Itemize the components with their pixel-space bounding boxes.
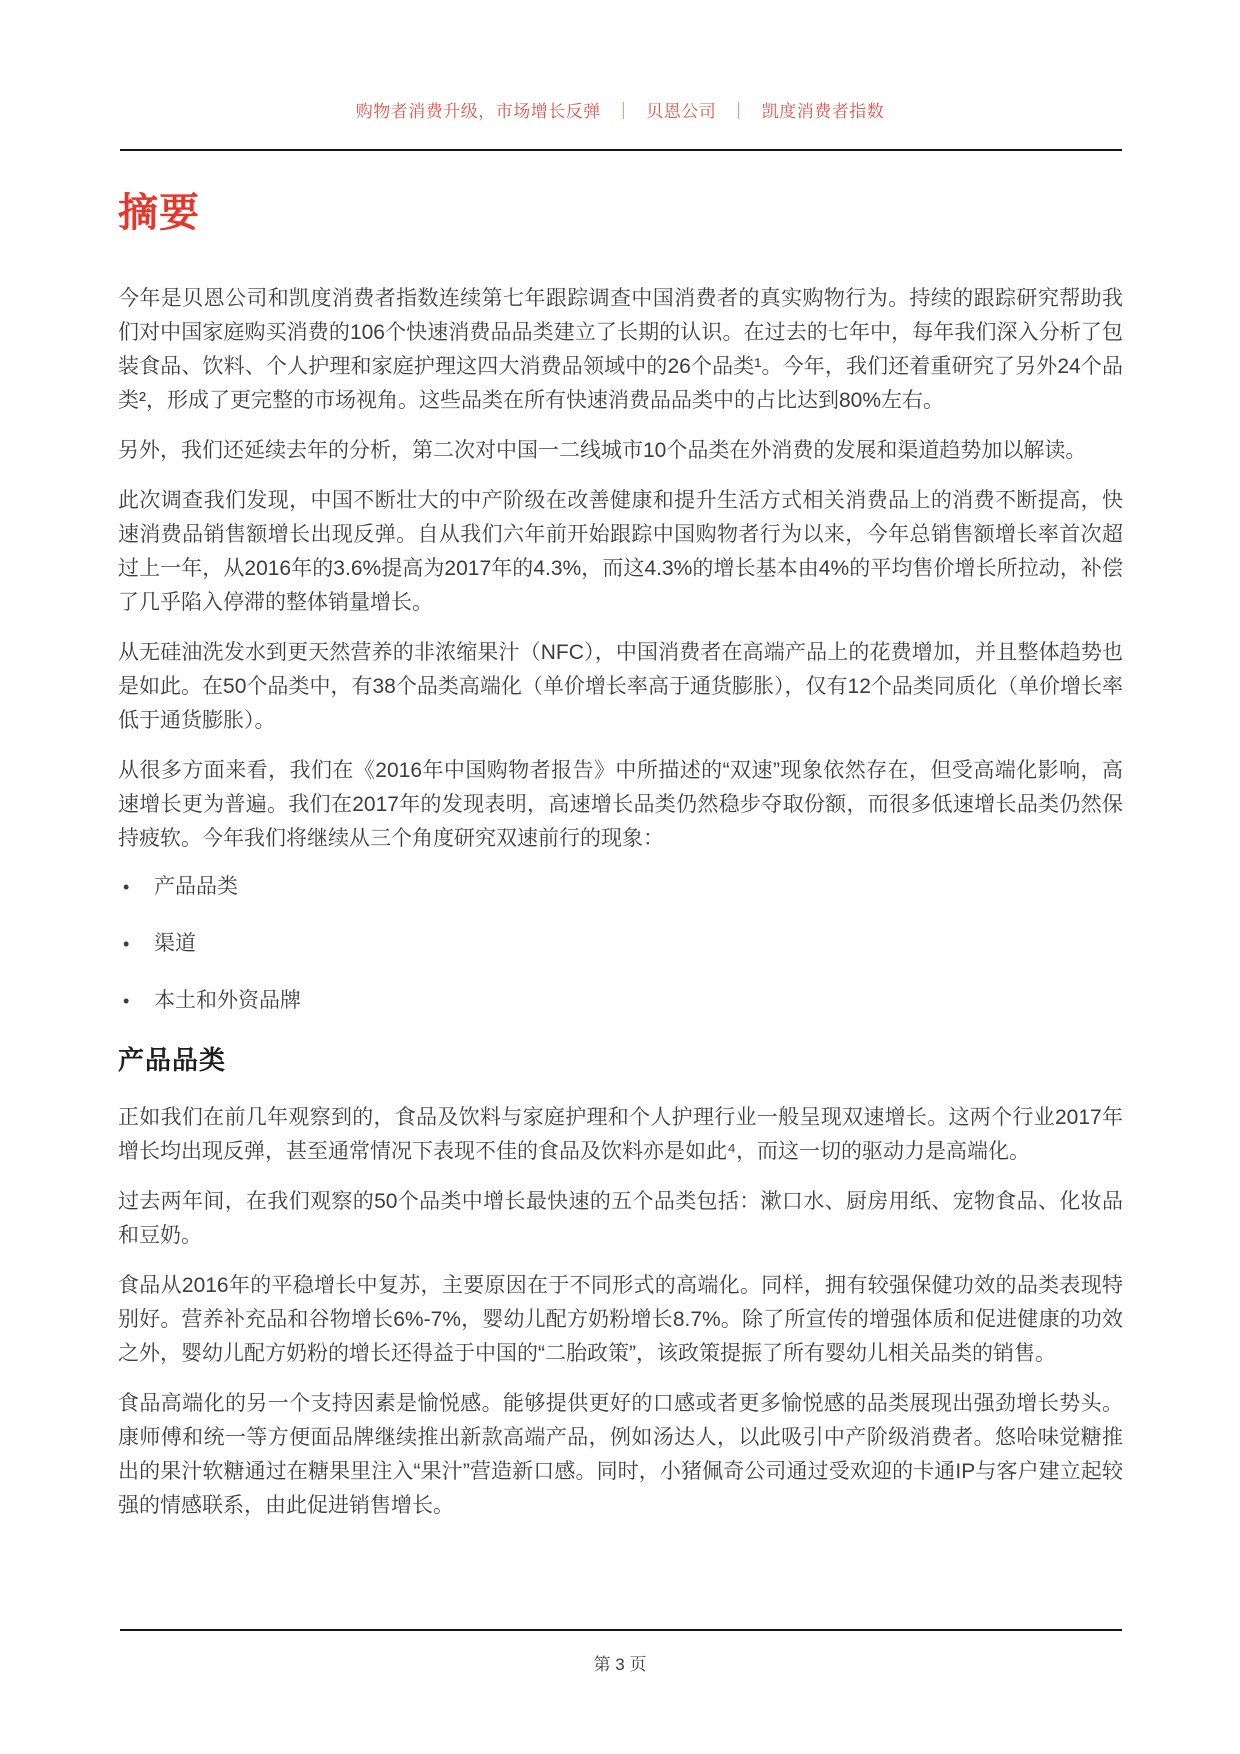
focus-bullet-list: • 产品品类 • 渠道 • 本土和外资品牌 bbox=[118, 872, 1123, 1016]
header-segment-bain: 贝恩公司 bbox=[646, 102, 716, 121]
section-paragraph-4: 食品高端化的另一个支持因素是愉悦感。能够提供更好的口感或者更多愉悦感的品类展现出… bbox=[118, 1387, 1123, 1523]
running-header: 购物者消费升级，市场增长反弹｜贝恩公司｜凯度消费者指数 bbox=[0, 97, 1240, 122]
section-paragraph-2: 过去两年间，在我们观察的50个品类中增长最快速的五个品类包括：漱口水、厨房用纸、… bbox=[118, 1185, 1123, 1253]
summary-paragraph-2: 另外，我们还延续去年的分析，第二次对中国一二线城市10个品类在外消费的发展和渠道… bbox=[118, 434, 1123, 468]
summary-paragraph-3: 此次调查我们发现，中国不断壮大的中产阶级在改善健康和提升生活方式相关消费品上的消… bbox=[118, 484, 1123, 620]
list-item: • 产品品类 bbox=[118, 872, 1123, 902]
summary-paragraph-5: 从很多方面来看，我们在《2016年中国购物者报告》中所描述的“双速”现象依然存在… bbox=[118, 754, 1123, 856]
header-separator: ｜ bbox=[730, 102, 748, 121]
summary-paragraph-4: 从无硅油洗发水到更天然营养的非浓缩果汁（NFC），中国消费者在高端产品上的花费增… bbox=[118, 636, 1123, 738]
section-paragraph-3: 食品从2016年的平稳增长中复苏，主要原因在于不同形式的高端化。同样，拥有较强保… bbox=[118, 1269, 1123, 1371]
bullet-icon: • bbox=[118, 872, 154, 902]
bullet-label-brands: 本土和外资品牌 bbox=[154, 986, 301, 1016]
header-separator: ｜ bbox=[615, 102, 633, 121]
list-item: • 渠道 bbox=[118, 929, 1123, 959]
page-number: 第 3 页 bbox=[0, 1650, 1240, 1675]
bullet-icon: • bbox=[118, 929, 154, 959]
list-item: • 本土和外资品牌 bbox=[118, 986, 1123, 1016]
page-title: 摘要 bbox=[118, 188, 1123, 238]
section-heading-product-categories: 产品品类 bbox=[118, 1043, 1123, 1077]
bullet-label-categories: 产品品类 bbox=[154, 872, 238, 902]
header-segment-kantar: 凯度消费者指数 bbox=[762, 102, 885, 121]
header-segment-report-title: 购物者消费升级，市场增长反弹 bbox=[356, 102, 601, 121]
section-paragraph-1: 正如我们在前几年观察到的，食品及饮料与家庭护理和个人护理行业一般呈现双速增长。这… bbox=[118, 1101, 1123, 1169]
bullet-icon: • bbox=[118, 986, 154, 1016]
document-page: 购物者消费升级，市场增长反弹｜贝恩公司｜凯度消费者指数 摘要 今年是贝恩公司和凯… bbox=[0, 0, 1240, 1754]
footer-rule bbox=[120, 1629, 1122, 1631]
header-rule bbox=[120, 149, 1122, 151]
bullet-label-channels: 渠道 bbox=[154, 929, 196, 959]
page-content: 摘要 今年是贝恩公司和凯度消费者指数连续第七年跟踪调查中国消费者的真实购物行为。… bbox=[118, 188, 1123, 1539]
summary-paragraph-1: 今年是贝恩公司和凯度消费者指数连续第七年跟踪调查中国消费者的真实购物行为。持续的… bbox=[118, 282, 1123, 418]
